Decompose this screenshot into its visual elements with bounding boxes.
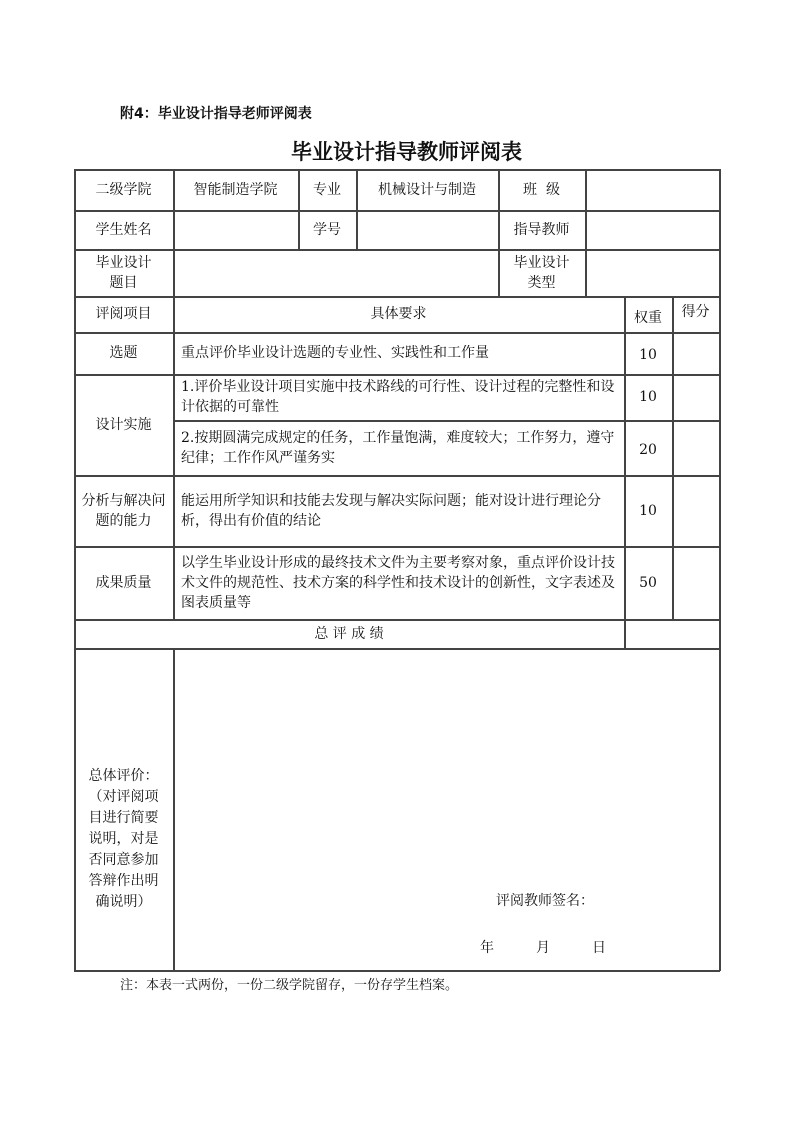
class-label: 班 级 bbox=[498, 169, 585, 210]
criterion-weight: 10 bbox=[624, 475, 672, 546]
form-title: 毕业设计指导教师评阅表 bbox=[0, 136, 793, 166]
total-score-label: 总 评 成 绩 bbox=[74, 619, 624, 648]
criterion-weight: 10 bbox=[624, 374, 672, 420]
table-border-right bbox=[719, 169, 721, 971]
college-label: 二级学院 bbox=[74, 169, 173, 210]
type-label-line1: 毕业设计 bbox=[514, 253, 570, 273]
advisor-field[interactable] bbox=[585, 210, 719, 249]
criterion-item: 设计实施 bbox=[74, 374, 173, 475]
major-value[interactable]: 机械设计与制造 bbox=[356, 169, 498, 210]
criterion-item: 分析与解决问题的能力 bbox=[74, 475, 173, 546]
type-label-line2: 类型 bbox=[528, 273, 556, 293]
date-year-label: 年 bbox=[480, 937, 494, 957]
criterion-score-field[interactable] bbox=[672, 420, 719, 475]
criterion-requirement: 以学生毕业设计形成的最终技术文件为主要考察对象，重点评价设计技术文件的规范性、技… bbox=[173, 546, 624, 619]
header-item: 评阅项目 bbox=[74, 296, 173, 332]
overall-evaluation-label: 总体评价： （对评阅项 目进行简要 说明，对是 否同意参加 答辩作出明 确说明） bbox=[74, 648, 173, 970]
header-score: 得分 bbox=[672, 296, 719, 332]
type-label: 毕业设计 类型 bbox=[498, 249, 585, 296]
criterion-requirement: 能运用所学知识和技能去发现与解决实际问题；能对设计进行理论分析，得出有价值的结论 bbox=[173, 475, 624, 546]
date-month-label: 月 bbox=[536, 937, 550, 957]
overall-label-line: 目进行简要 bbox=[89, 808, 159, 829]
overall-label-line: 否同意参加 bbox=[89, 850, 159, 871]
overall-label-line: 答辩作出明 bbox=[89, 871, 159, 892]
overall-label-line: （对评阅项 bbox=[89, 787, 159, 808]
student-id-field[interactable] bbox=[356, 210, 498, 249]
appendix-label: 附4：毕业设计指导老师评阅表 bbox=[120, 103, 312, 123]
header-weight: 权重 bbox=[624, 296, 672, 332]
criterion-score-field[interactable] bbox=[672, 475, 719, 546]
criterion-score-field[interactable] bbox=[672, 374, 719, 420]
criterion-weight: 10 bbox=[624, 332, 672, 374]
class-value-field[interactable] bbox=[585, 169, 719, 210]
topic-label: 毕业设计 题目 bbox=[74, 249, 173, 296]
topic-field[interactable] bbox=[173, 249, 498, 296]
criterion-weight: 50 bbox=[624, 546, 672, 619]
overall-label-line: 确说明） bbox=[96, 892, 152, 913]
overall-comment-field[interactable] bbox=[175, 650, 718, 870]
topic-label-line1: 毕业设计 bbox=[96, 253, 152, 273]
criterion-score-field[interactable] bbox=[672, 332, 719, 374]
signature-label: 评阅教师签名： bbox=[496, 890, 594, 910]
major-label: 专业 bbox=[298, 169, 356, 210]
criterion-requirement: 2.按期圆满完成规定的任务，工作量饱满，难度较大；工作努力，遵守纪律；工作作风严… bbox=[173, 420, 624, 475]
student-name-field[interactable] bbox=[173, 210, 298, 249]
criterion-requirement: 重点评价毕业设计选题的专业性、实践性和工作量 bbox=[173, 332, 624, 374]
overall-label-line: 说明，对是 bbox=[89, 829, 159, 850]
topic-label-line2: 题目 bbox=[110, 273, 138, 293]
criterion-item: 选题 bbox=[74, 332, 173, 374]
footnote: 注：本表一式两份，一份二级学院留存，一份存学生档案。 bbox=[120, 974, 458, 993]
criterion-weight: 20 bbox=[624, 420, 672, 475]
criterion-requirement: 1.评价毕业设计项目实施中技术路线的可行性、设计过程的完整性和设计依据的可靠性 bbox=[173, 374, 624, 420]
total-score-field[interactable] bbox=[624, 619, 719, 648]
date-day-label: 日 bbox=[592, 937, 606, 957]
criterion-score-field[interactable] bbox=[672, 546, 719, 619]
criterion-item: 成果质量 bbox=[74, 546, 173, 619]
student-name-label: 学生姓名 bbox=[74, 210, 173, 249]
table-border-bottom bbox=[74, 970, 720, 972]
advisor-label: 指导教师 bbox=[498, 210, 585, 249]
college-value[interactable]: 智能制造学院 bbox=[173, 169, 298, 210]
student-id-label: 学号 bbox=[298, 210, 356, 249]
header-requirement: 具体要求 bbox=[173, 296, 624, 332]
overall-label-line: 总体评价： bbox=[89, 766, 159, 787]
type-field[interactable] bbox=[585, 249, 719, 296]
